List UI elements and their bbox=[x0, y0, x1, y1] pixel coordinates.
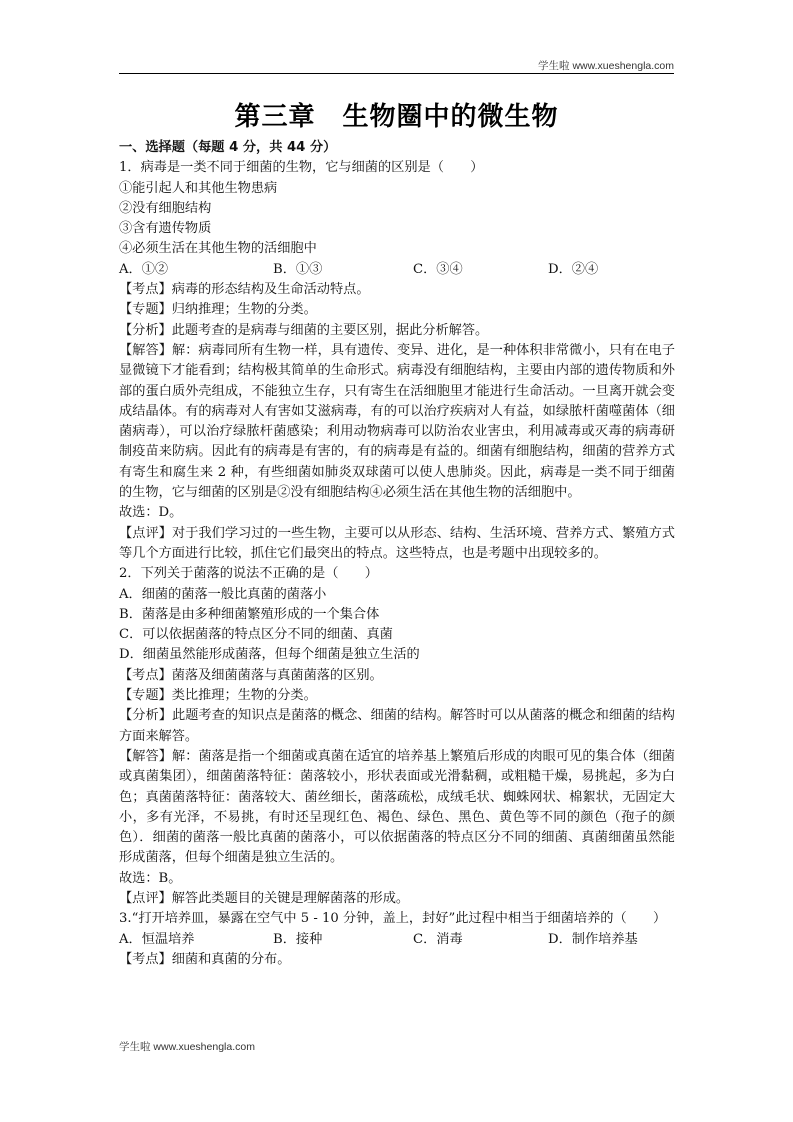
header-divider bbox=[119, 73, 674, 74]
kaodian: 【考点】细菌和真菌的分布。 bbox=[119, 950, 675, 970]
statement: ③含有遗传物质 bbox=[119, 219, 675, 239]
option-d: D．细菌虽然能形成菌落，但每个细菌是独立生活的 bbox=[119, 645, 675, 665]
jieda: 【解答】解：菌落是指一个细菌或真菌在适宜的培养基上繁殖后形成的肉眼可见的集合体（… bbox=[119, 747, 675, 869]
statement: ②没有细胞结构 bbox=[119, 199, 675, 219]
option-row: A．恒温培养 B．接种 C．消毒 D．制作培养基 bbox=[119, 930, 675, 950]
option-d: D．制作培养基 bbox=[548, 930, 638, 950]
header-site-name: 学生啦 www.xueshengla.com bbox=[538, 58, 674, 73]
jieda: 【解答】解：病毒同所有生物一样，具有遗传、变异、进化，是一种体积非常微小，只有在… bbox=[119, 341, 675, 503]
question-stem: 3.“打开培养皿，暴露在空气中 5 - 10 分钟，盖上，封好”此过程中相当于细… bbox=[119, 909, 675, 929]
option-a: A．①② bbox=[119, 260, 168, 280]
statement: ①能引起人和其他生物患病 bbox=[119, 179, 675, 199]
question-stem: 2．下列关于菌落的说法不正确的是（ ） bbox=[119, 564, 675, 584]
question-2: 2．下列关于菌落的说法不正确的是（ ） A．细菌的菌落一般比真菌的菌落小 B．菌… bbox=[119, 564, 675, 909]
option-d: D．②④ bbox=[548, 260, 598, 280]
option-a: A．细菌的菌落一般比真菌的菌落小 bbox=[119, 585, 675, 605]
option-a: A．恒温培养 bbox=[119, 930, 194, 950]
fenxi: 【分析】此题考查的是病毒与细菌的主要区别，据此分析解答。 bbox=[119, 321, 675, 341]
dianping: 【点评】对于我们学习过的一些生物，主要可以从形态、结构、生活环境、营养方式、繁殖… bbox=[119, 524, 675, 565]
document-body: 一、选择题（每题 4 分，共 44 分） 1．病毒是一类不同于细菌的生物，它与细… bbox=[119, 138, 675, 970]
kaodian: 【考点】菌落及细菌菌落与真菌菌落的区别。 bbox=[119, 666, 675, 686]
answer: 故选：B。 bbox=[119, 869, 675, 889]
page-title: 第三章 生物圈中的微生物 bbox=[0, 96, 793, 133]
zhuanti: 【专题】类比推理；生物的分类。 bbox=[119, 686, 675, 706]
fenxi: 【分析】此题考查的知识点是菌落的概念、细菌的结构。解答时可以从菌落的概念和细菌的… bbox=[119, 706, 675, 747]
dianping: 【点评】解答此类题目的关键是理解菌落的形成。 bbox=[119, 889, 675, 909]
option-b: B．①③ bbox=[273, 260, 322, 280]
kaodian: 【考点】病毒的形态结构及生命活动特点。 bbox=[119, 280, 675, 300]
zhuanti: 【专题】归纳推理；生物的分类。 bbox=[119, 300, 675, 320]
option-c: C．③④ bbox=[413, 260, 463, 280]
question-stem: 1．病毒是一类不同于细菌的生物，它与细菌的区别是（ ） bbox=[119, 158, 675, 178]
answer: 故选：D。 bbox=[119, 503, 675, 523]
footer-site-name: 学生啦 www.xueshengla.com bbox=[119, 1039, 255, 1054]
question-3: 3.“打开培养皿，暴露在空气中 5 - 10 分钟，盖上，封好”此过程中相当于细… bbox=[119, 909, 675, 970]
option-b: B．接种 bbox=[273, 930, 322, 950]
question-1: 1．病毒是一类不同于细菌的生物，它与细菌的区别是（ ） ①能引起人和其他生物患病… bbox=[119, 158, 675, 564]
option-c: C．可以依据菌落的特点区分不同的细菌、真菌 bbox=[119, 625, 675, 645]
statement: ④必须生活在其他生物的活细胞中 bbox=[119, 239, 675, 259]
section-heading: 一、选择题（每题 4 分，共 44 分） bbox=[119, 138, 675, 158]
option-row: A．①② B．①③ C．③④ D．②④ bbox=[119, 260, 675, 280]
option-b: B．菌落是由多种细菌繁殖形成的一个集合体 bbox=[119, 605, 675, 625]
option-c: C．消毒 bbox=[413, 930, 463, 950]
